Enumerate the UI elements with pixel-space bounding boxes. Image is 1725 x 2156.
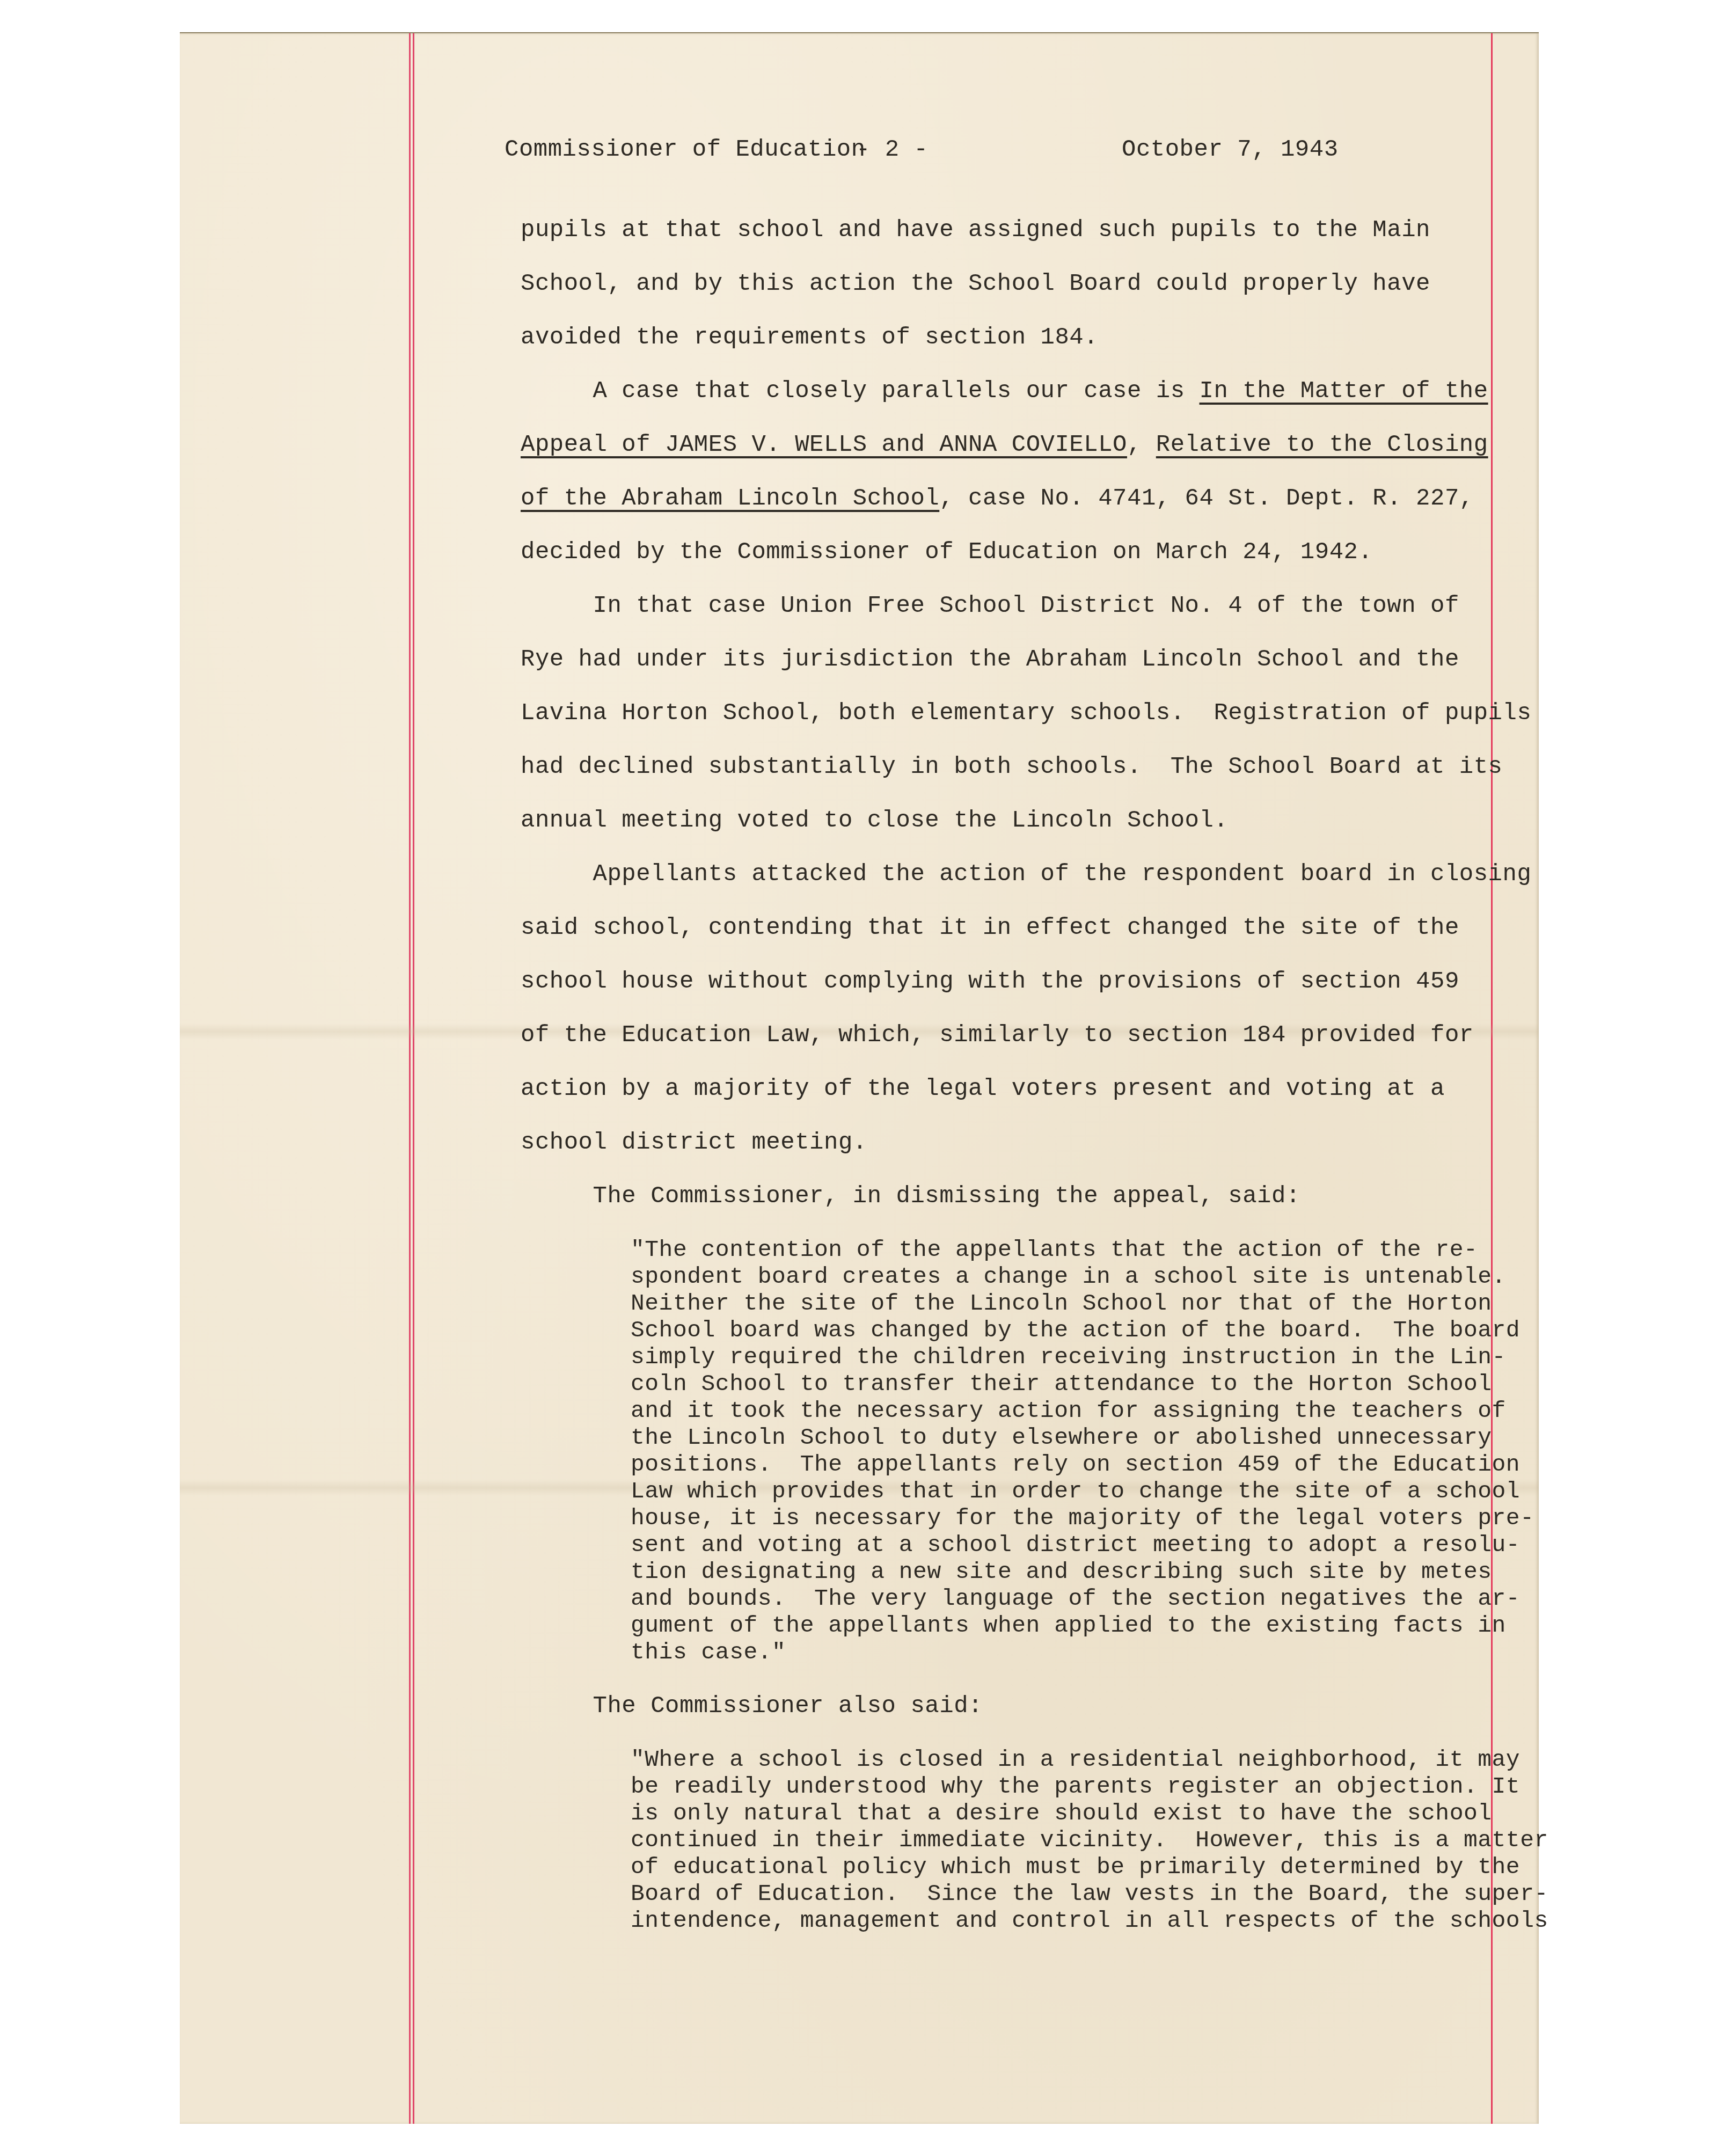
citation-line: A case that closely parallels our case i…	[521, 378, 1488, 405]
body-line: The Commissioner, in dismissing the appe…	[521, 1183, 1300, 1210]
body-line: Rye had under its jurisdiction the Abrah…	[521, 646, 1459, 673]
quote-line: is only natural that a desire should exi…	[631, 1800, 1492, 1826]
case-reference: , case No. 4741, 64 St. Dept. R. 227,	[939, 485, 1473, 512]
quote-line: tion designating a new site and describi…	[631, 1559, 1492, 1585]
case-parties-underlined: Appeal of JAMES V. WELLS and ANNA COVIEL…	[521, 432, 1127, 458]
quote-line: of educational policy which must be prim…	[631, 1854, 1520, 1880]
quote-line: gument of the appellants when applied to…	[631, 1612, 1506, 1639]
quote-line: be readily understood why the parents re…	[631, 1773, 1520, 1800]
body-line: annual meeting voted to close the Lincol…	[521, 807, 1228, 834]
quote-line: coln School to transfer their attendance…	[631, 1371, 1492, 1397]
body-line: School, and by this action the School Bo…	[521, 271, 1430, 297]
body-line: of the Education Law, which, similarly t…	[521, 1022, 1474, 1049]
body-line: had declined substantially in both schoo…	[521, 754, 1503, 780]
quote-line: "Where a school is closed in a residenti…	[631, 1746, 1520, 1773]
document-page: Commissioner of Education - 2 - October …	[180, 32, 1539, 2124]
header-date: October 7, 1943	[1122, 136, 1339, 163]
citation-intro: A case that closely parallels our case i…	[521, 378, 1200, 405]
quote-line: intendence, management and control in al…	[631, 1907, 1548, 1934]
citation-line: of the Abraham Lincoln School, case No. …	[521, 485, 1474, 512]
quote-line: positions. The appellants rely on sectio…	[631, 1451, 1520, 1478]
left-margin-rule-inner	[413, 33, 414, 2124]
quote-line: sent and voting at a school district mee…	[631, 1532, 1520, 1558]
quote-line: Board of Education. Since the law vests …	[631, 1881, 1548, 1907]
quote-line: simply required the children receiving i…	[631, 1344, 1506, 1370]
body-line: decided by the Commissioner of Education…	[521, 539, 1372, 566]
separator: ,	[1127, 432, 1156, 458]
quote-line: continued in their immediate vicinity. H…	[631, 1827, 1548, 1853]
body-line: Appellants attacked the action of the re…	[521, 861, 1531, 888]
quote-line: house, it is necessary for the majority …	[631, 1505, 1534, 1531]
body-line: said school, contending that it in effec…	[521, 915, 1459, 941]
case-subject-underlined: Relative to the Closing	[1156, 432, 1488, 458]
body-line: The Commissioner also said:	[521, 1693, 983, 1720]
quote-line: spondent board creates a change in a sch…	[631, 1263, 1506, 1290]
header-addressee: Commissioner of Education	[505, 136, 866, 163]
quote-line: School board was changed by the action o…	[631, 1317, 1520, 1343]
quote-line: and it took the necessary action for ass…	[631, 1398, 1506, 1424]
quote-line: Law which provides that in order to chan…	[631, 1478, 1520, 1504]
citation-line: Appeal of JAMES V. WELLS and ANNA COVIEL…	[521, 432, 1488, 458]
body-line: avoided the requirements of section 184.	[521, 324, 1098, 351]
quote-line: the Lincoln School to duty elsewhere or …	[631, 1424, 1492, 1451]
quote-line: and bounds. The very language of the sec…	[631, 1585, 1520, 1612]
left-margin-rule	[409, 33, 411, 2124]
body-line: school house without complying with the …	[521, 968, 1459, 995]
case-title-underlined: In the Matter of the	[1200, 378, 1488, 405]
case-school-underlined: of the Abraham Lincoln School	[521, 485, 939, 512]
quote-line: this case."	[631, 1639, 786, 1665]
body-line: school district meeting.	[521, 1129, 867, 1156]
page-number: - 2 -	[856, 136, 929, 163]
quote-line: "The contention of the appellants that t…	[631, 1237, 1478, 1263]
body-line: pupils at that school and have assigned …	[521, 217, 1430, 244]
body-line: Lavina Horton School, both elementary sc…	[521, 700, 1531, 727]
body-line: action by a majority of the legal voters…	[521, 1076, 1445, 1102]
body-line: In that case Union Free School District …	[521, 593, 1459, 619]
quote-line: Neither the site of the Lincoln School n…	[631, 1290, 1492, 1317]
